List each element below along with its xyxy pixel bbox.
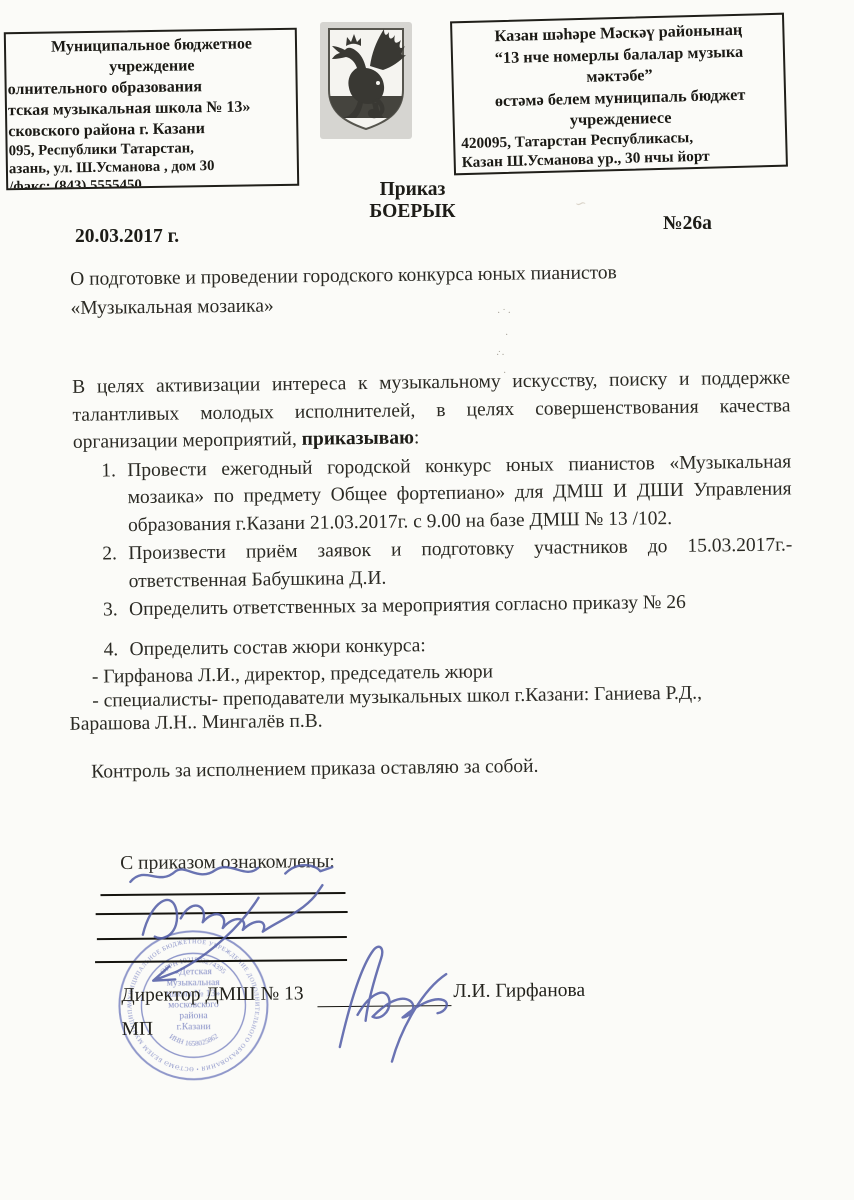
order-date: 20.03.2017 г. xyxy=(75,226,179,248)
org-box-tatar: Казан шәһәре Мәскәү районынаң “13 нче но… xyxy=(450,13,788,176)
jury-list: - Гирфанова Л.И., директор, председатель… xyxy=(64,656,795,736)
item-text: Определить ответственных за мероприятия … xyxy=(129,592,686,620)
director-label: Директор ДМШ № 13 xyxy=(121,983,303,1007)
intro-keyword: приказываю xyxy=(302,427,415,449)
item-text: Провести ежегодный городской конкурс юны… xyxy=(127,451,792,536)
handwritten-signatures-ink xyxy=(80,854,482,1092)
order-number: №26а xyxy=(663,213,712,235)
order-item: 1. Провести ежегодный городской конкурс … xyxy=(61,448,792,540)
item-number: 2. xyxy=(102,540,117,568)
document-title: Приказ БОЕРЫК xyxy=(330,179,495,223)
kazan-coat-of-arms-icon xyxy=(320,22,412,139)
scan-speck: ·̇· xyxy=(496,350,507,361)
order-subject: О подготовке и проведении городского кон… xyxy=(70,258,691,323)
item-number: 3. xyxy=(103,596,118,624)
signature-section: С приказом ознакомлены: МУНИЦИПАЛЬНОЕ БЮ… xyxy=(0,833,854,1200)
org-box-russian: Муниципальное бюджетное учреждение олнит… xyxy=(4,28,299,191)
item-text: Произвести приём заявок и подготовку уча… xyxy=(128,534,792,591)
mp-seal-label: МП xyxy=(122,1019,154,1041)
order-body: В целях активизации интереса к музыкальн… xyxy=(60,364,795,786)
scan-smudge: ∽ xyxy=(574,195,589,214)
title-tatar: БОЕРЫК xyxy=(330,201,495,223)
scanned-order-document: Муниципальное бюджетное учреждение олнит… xyxy=(0,0,854,1200)
scan-speck: ·˙· xyxy=(497,308,513,319)
org-line: Муниципальное бюджетное xyxy=(10,33,293,58)
intro-text: В целях активизации интереса к музыкальн… xyxy=(72,367,791,452)
title-russian: Приказ xyxy=(330,179,495,201)
intro-paragraph: В целях активизации интереса к музыкальн… xyxy=(60,364,791,456)
item-number: 1. xyxy=(101,457,116,485)
director-name: Л.И. Гирфанова xyxy=(453,980,585,1003)
intro-colon: : xyxy=(414,427,420,448)
control-line: Контроль за исполнением приказа оставляю… xyxy=(65,749,795,786)
scan-speck: · xyxy=(505,330,510,341)
item-text: Определить состав жюри конкурса: xyxy=(129,635,425,660)
order-item: 2. Произвести приём заявок и подготовку … xyxy=(62,531,793,596)
item-number: 4. xyxy=(103,636,118,664)
